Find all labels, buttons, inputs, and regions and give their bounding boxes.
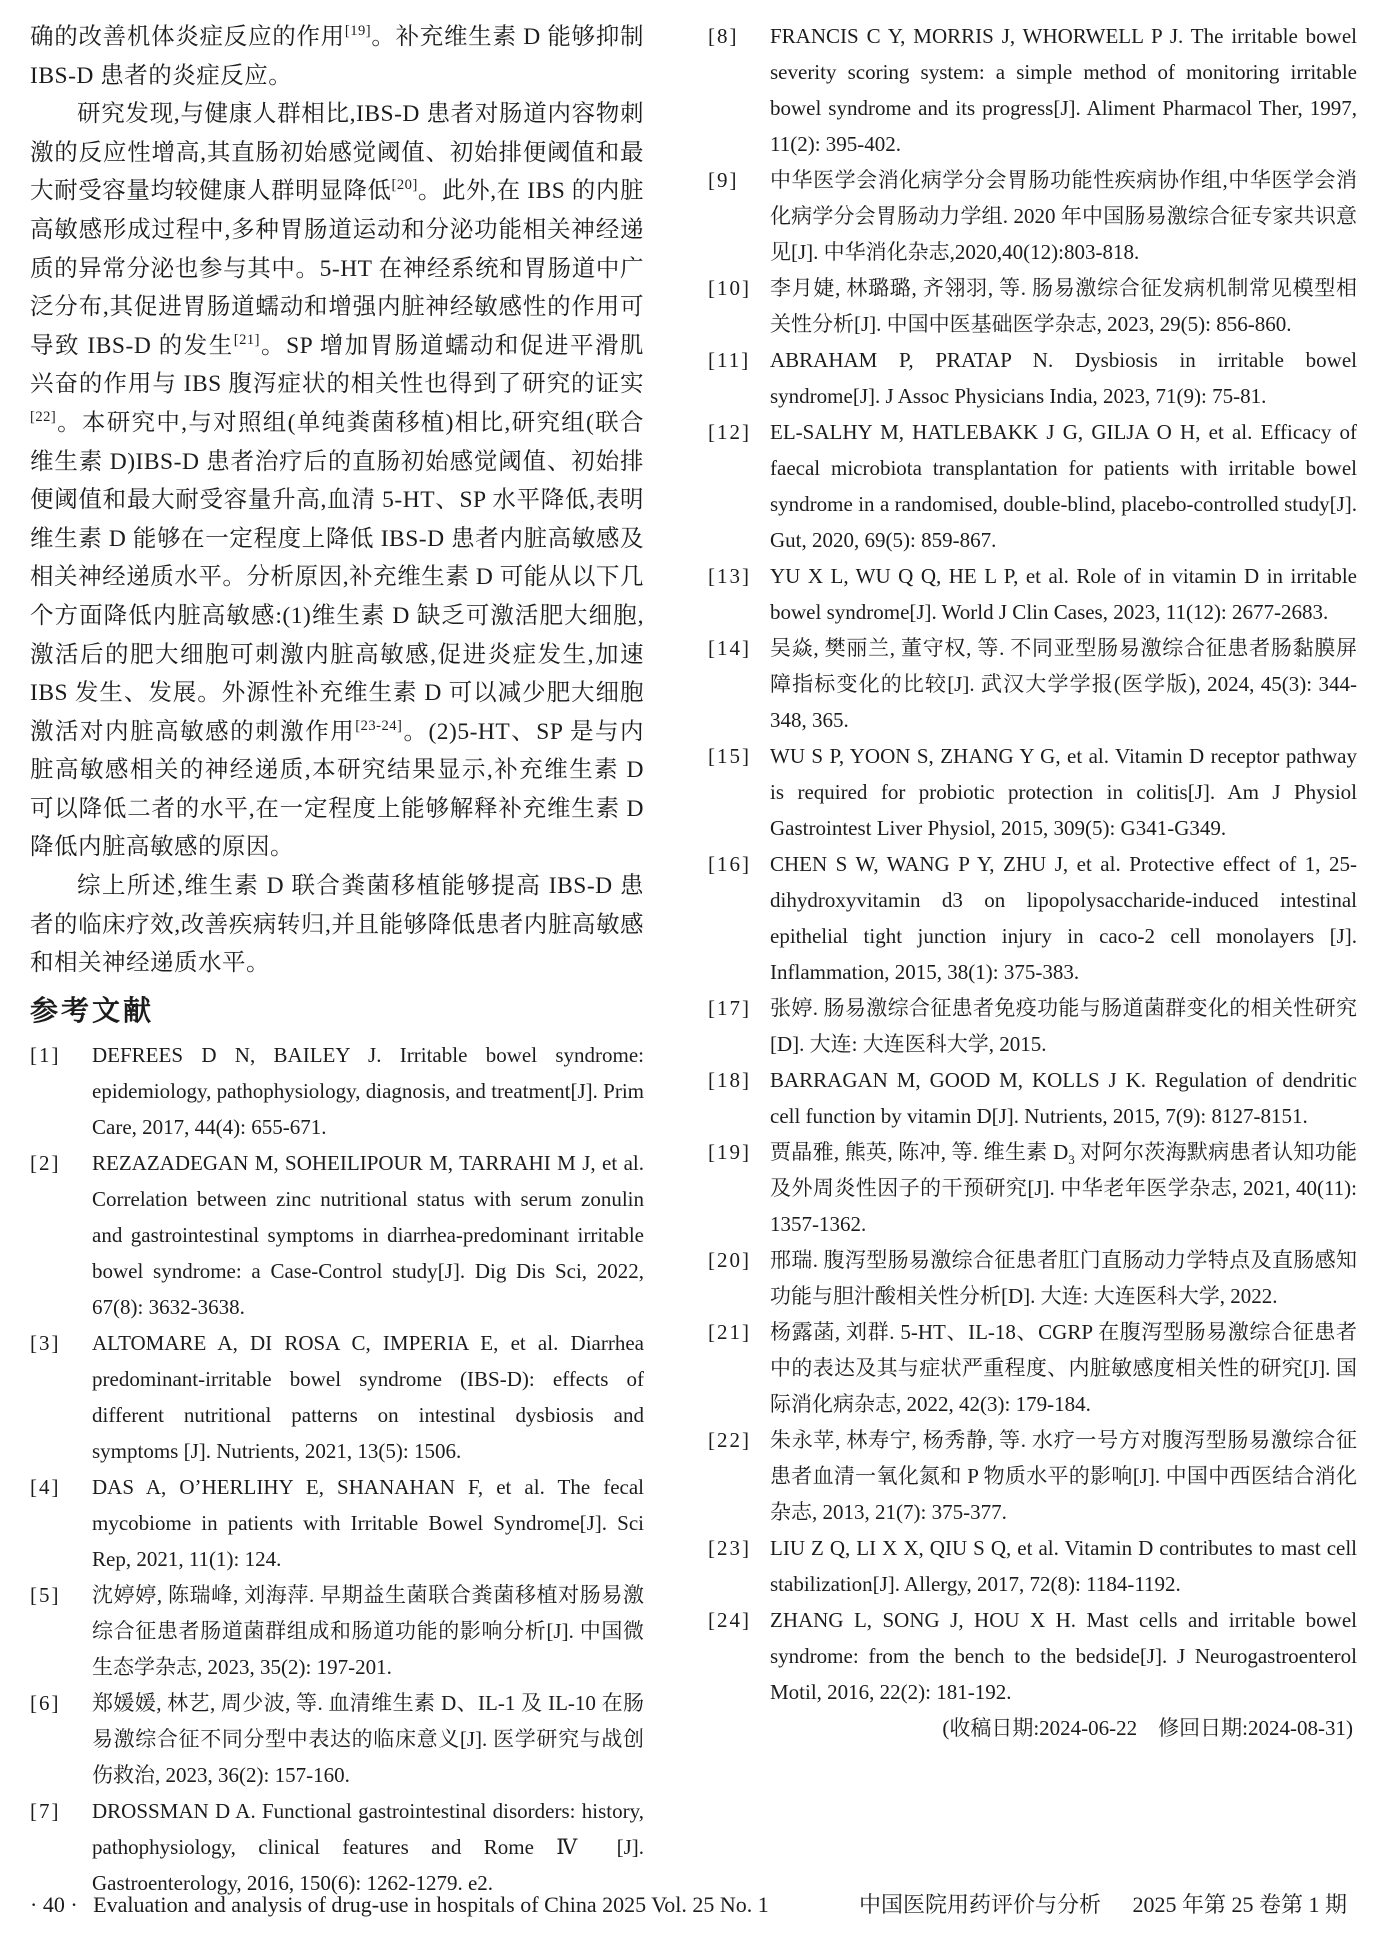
footer-right: 中国医院用药评价与分析 2025 年第 25 卷第 1 期 bbox=[833, 1890, 1347, 1920]
right-column: [8]FRANCIS C Y, MORRIS J, WHORWELL P J. … bbox=[708, 18, 1357, 1901]
reference-text: DAS A, O’HERLIHY E, SHANAHAN F, et al. T… bbox=[92, 1469, 644, 1577]
reference-number: [2] bbox=[30, 1145, 92, 1181]
body-paragraph: 综上所述,维生素 D 联合粪菌移植能够提高 IBS-D 患者的临床疗效,改善疾病… bbox=[30, 867, 644, 983]
reference-number: [8] bbox=[708, 18, 770, 54]
reference-item: [17]张婷. 肠易激综合征患者免疫功能与肠道菌群变化的相关性研究[D]. 大连… bbox=[708, 990, 1357, 1062]
reference-item: [21]杨露菡, 刘群. 5-HT、IL-18、CGRP 在腹泻型肠易激综合征患… bbox=[708, 1314, 1357, 1422]
reference-text: 邢瑞. 腹泻型肠易激综合征患者肛门直肠动力学特点及直肠感知功能与胆汁酸相关性分析… bbox=[770, 1242, 1357, 1314]
reference-number: [23] bbox=[708, 1530, 770, 1566]
reference-number: [14] bbox=[708, 630, 770, 666]
reference-text: 杨露菡, 刘群. 5-HT、IL-18、CGRP 在腹泻型肠易激综合征患者中的表… bbox=[770, 1314, 1357, 1422]
reference-number: [21] bbox=[708, 1314, 770, 1350]
reference-item: [10]李月婕, 林璐璐, 齐翎羽, 等. 肠易激综合征发病机制常见模型相关性分… bbox=[708, 270, 1357, 342]
journal-page: 确的改善机体炎症反应的作用[19]。补充维生素 D 能够抑制 IBS-D 患者的… bbox=[0, 0, 1375, 1940]
reference-number: [24] bbox=[708, 1602, 770, 1638]
reference-number: [15] bbox=[708, 738, 770, 774]
reference-item: [6]郑媛媛, 林艺, 周少波, 等. 血清维生素 D、IL-1 及 IL-10… bbox=[30, 1685, 644, 1793]
reference-text: 沈婷婷, 陈瑞峰, 刘海萍. 早期益生菌联合粪菌移植对肠易激综合征患者肠道菌群组… bbox=[92, 1577, 644, 1685]
reference-item: [14]吴焱, 樊丽兰, 董守权, 等. 不同亚型肠易激综合征患者肠黏膜屏障指标… bbox=[708, 630, 1357, 738]
reference-text: REZAZADEGAN M, SOHEILIPOUR M, TARRAHI M … bbox=[92, 1145, 644, 1325]
reference-number: [1] bbox=[30, 1037, 92, 1073]
reference-text: ALTOMARE A, DI ROSA C, IMPERIA E, et al.… bbox=[92, 1325, 644, 1469]
reference-number: [11] bbox=[708, 342, 770, 378]
reference-item: [7]DROSSMAN D A. Functional gastrointest… bbox=[30, 1793, 644, 1901]
references-list-right: [8]FRANCIS C Y, MORRIS J, WHORWELL P J. … bbox=[708, 18, 1357, 1710]
body-paragraph: 研究发现,与健康人群相比,IBS-D 患者对肠道内容物刺激的反应性增高,其直肠初… bbox=[30, 95, 644, 867]
reference-number: [7] bbox=[30, 1793, 92, 1829]
reference-number: [20] bbox=[708, 1242, 770, 1278]
reference-item: [3]ALTOMARE A, DI ROSA C, IMPERIA E, et … bbox=[30, 1325, 644, 1469]
reference-text: 郑媛媛, 林艺, 周少波, 等. 血清维生素 D、IL-1 及 IL-10 在肠… bbox=[92, 1685, 644, 1793]
reference-number: [13] bbox=[708, 558, 770, 594]
reference-number: [12] bbox=[708, 414, 770, 450]
reference-number: [5] bbox=[30, 1577, 92, 1613]
reference-text: LIU Z Q, LI X X, QIU S Q, et al. Vitamin… bbox=[770, 1530, 1357, 1602]
reference-item: [22]朱永苹, 林寿宁, 杨秀静, 等. 水疗一号方对腹泻型肠易激综合征患者血… bbox=[708, 1422, 1357, 1530]
reference-text: 李月婕, 林璐璐, 齐翎羽, 等. 肠易激综合征发病机制常见模型相关性分析[J]… bbox=[770, 270, 1357, 342]
reference-text: DROSSMAN D A. Functional gastrointestina… bbox=[92, 1793, 644, 1901]
references-heading: 参考文献 bbox=[30, 991, 644, 1031]
reference-item: [19]贾晶雅, 熊英, 陈冲, 等. 维生素 D3 对阿尔茨海默病患者认知功能… bbox=[708, 1134, 1357, 1242]
reference-text: 贾晶雅, 熊英, 陈冲, 等. 维生素 D3 对阿尔茨海默病患者认知功能及外周炎… bbox=[770, 1134, 1357, 1242]
reference-item: [23]LIU Z Q, LI X X, QIU S Q, et al. Vit… bbox=[708, 1530, 1357, 1602]
body-paragraphs: 确的改善机体炎症反应的作用[19]。补充维生素 D 能够抑制 IBS-D 患者的… bbox=[30, 18, 644, 983]
page-footer: · 40 · Evaluation and analysis of drug-u… bbox=[30, 1890, 1347, 1920]
reference-number: [16] bbox=[708, 846, 770, 882]
reference-text: DEFREES D N, BAILEY J. Irritable bowel s… bbox=[92, 1037, 644, 1145]
footer-left: · 40 · Evaluation and analysis of drug-u… bbox=[30, 1890, 779, 1920]
reference-item: [20]邢瑞. 腹泻型肠易激综合征患者肛门直肠动力学特点及直肠感知功能与胆汁酸相… bbox=[708, 1242, 1357, 1314]
page-number: · 40 · bbox=[30, 1892, 78, 1917]
reference-number: [19] bbox=[708, 1134, 770, 1170]
reference-item: [5]沈婷婷, 陈瑞峰, 刘海萍. 早期益生菌联合粪菌移植对肠易激综合征患者肠道… bbox=[30, 1577, 644, 1685]
reference-number: [9] bbox=[708, 162, 770, 198]
reference-item: [18]BARRAGAN M, GOOD M, KOLLS J K. Regul… bbox=[708, 1062, 1357, 1134]
two-column-layout: 确的改善机体炎症反应的作用[19]。补充维生素 D 能够抑制 IBS-D 患者的… bbox=[0, 0, 1375, 1901]
reference-text: 张婷. 肠易激综合征患者免疫功能与肠道菌群变化的相关性研究[D]. 大连: 大连… bbox=[770, 990, 1357, 1062]
reference-text: BARRAGAN M, GOOD M, KOLLS J K. Regulatio… bbox=[770, 1062, 1357, 1134]
reference-text: 中华医学会消化病学分会胃肠功能性疾病协作组,中华医学会消化病学分会胃肠动力学组.… bbox=[770, 162, 1357, 270]
issue-info-cn: 2025 年第 25 卷第 1 期 bbox=[1132, 1892, 1347, 1917]
body-paragraph: 确的改善机体炎症反应的作用[19]。补充维生素 D 能够抑制 IBS-D 患者的… bbox=[30, 18, 644, 95]
reference-number: [10] bbox=[708, 270, 770, 306]
received-revised-dates: (收稿日期:2024-06-22 修回日期:2024-08-31) bbox=[708, 1710, 1357, 1746]
reference-item: [8]FRANCIS C Y, MORRIS J, WHORWELL P J. … bbox=[708, 18, 1357, 162]
reference-number: [22] bbox=[708, 1422, 770, 1458]
reference-number: [4] bbox=[30, 1469, 92, 1505]
left-column: 确的改善机体炎症反应的作用[19]。补充维生素 D 能够抑制 IBS-D 患者的… bbox=[30, 18, 644, 1901]
reference-text: 朱永苹, 林寿宁, 杨秀静, 等. 水疗一号方对腹泻型肠易激综合征患者血清一氧化… bbox=[770, 1422, 1357, 1530]
reference-item: [11]ABRAHAM P, PRATAP N. Dysbiosis in ir… bbox=[708, 342, 1357, 414]
reference-item: [2]REZAZADEGAN M, SOHEILIPOUR M, TARRAHI… bbox=[30, 1145, 644, 1325]
reference-text: ABRAHAM P, PRATAP N. Dysbiosis in irrita… bbox=[770, 342, 1357, 414]
reference-number: [18] bbox=[708, 1062, 770, 1098]
reference-text: 吴焱, 樊丽兰, 董守权, 等. 不同亚型肠易激综合征患者肠黏膜屏障指标变化的比… bbox=[770, 630, 1357, 738]
reference-text: ZHANG L, SONG J, HOU X H. Mast cells and… bbox=[770, 1602, 1357, 1710]
reference-item: [9]中华医学会消化病学分会胃肠功能性疾病协作组,中华医学会消化病学分会胃肠动力… bbox=[708, 162, 1357, 270]
journal-title-cn: 中国医院用药评价与分析 bbox=[859, 1892, 1101, 1917]
reference-text: YU X L, WU Q Q, HE L P, et al. Role of i… bbox=[770, 558, 1357, 630]
journal-title-en: Evaluation and analysis of drug-use in h… bbox=[93, 1892, 769, 1917]
reference-text: FRANCIS C Y, MORRIS J, WHORWELL P J. The… bbox=[770, 18, 1357, 162]
reference-item: [15]WU S P, YOON S, ZHANG Y G, et al. Vi… bbox=[708, 738, 1357, 846]
reference-number: [3] bbox=[30, 1325, 92, 1361]
references-list-left: [1]DEFREES D N, BAILEY J. Irritable bowe… bbox=[30, 1037, 644, 1901]
reference-item: [12]EL-SALHY M, HATLEBAKK J G, GILJA O H… bbox=[708, 414, 1357, 558]
reference-text: CHEN S W, WANG P Y, ZHU J, et al. Protec… bbox=[770, 846, 1357, 990]
reference-text: WU S P, YOON S, ZHANG Y G, et al. Vitami… bbox=[770, 738, 1357, 846]
reference-number: [6] bbox=[30, 1685, 92, 1721]
reference-item: [16]CHEN S W, WANG P Y, ZHU J, et al. Pr… bbox=[708, 846, 1357, 990]
reference-item: [4]DAS A, O’HERLIHY E, SHANAHAN F, et al… bbox=[30, 1469, 644, 1577]
reference-item: [24]ZHANG L, SONG J, HOU X H. Mast cells… bbox=[708, 1602, 1357, 1710]
reference-item: [13]YU X L, WU Q Q, HE L P, et al. Role … bbox=[708, 558, 1357, 630]
reference-number: [17] bbox=[708, 990, 770, 1026]
reference-text: EL-SALHY M, HATLEBAKK J G, GILJA O H, et… bbox=[770, 414, 1357, 558]
reference-item: [1]DEFREES D N, BAILEY J. Irritable bowe… bbox=[30, 1037, 644, 1145]
